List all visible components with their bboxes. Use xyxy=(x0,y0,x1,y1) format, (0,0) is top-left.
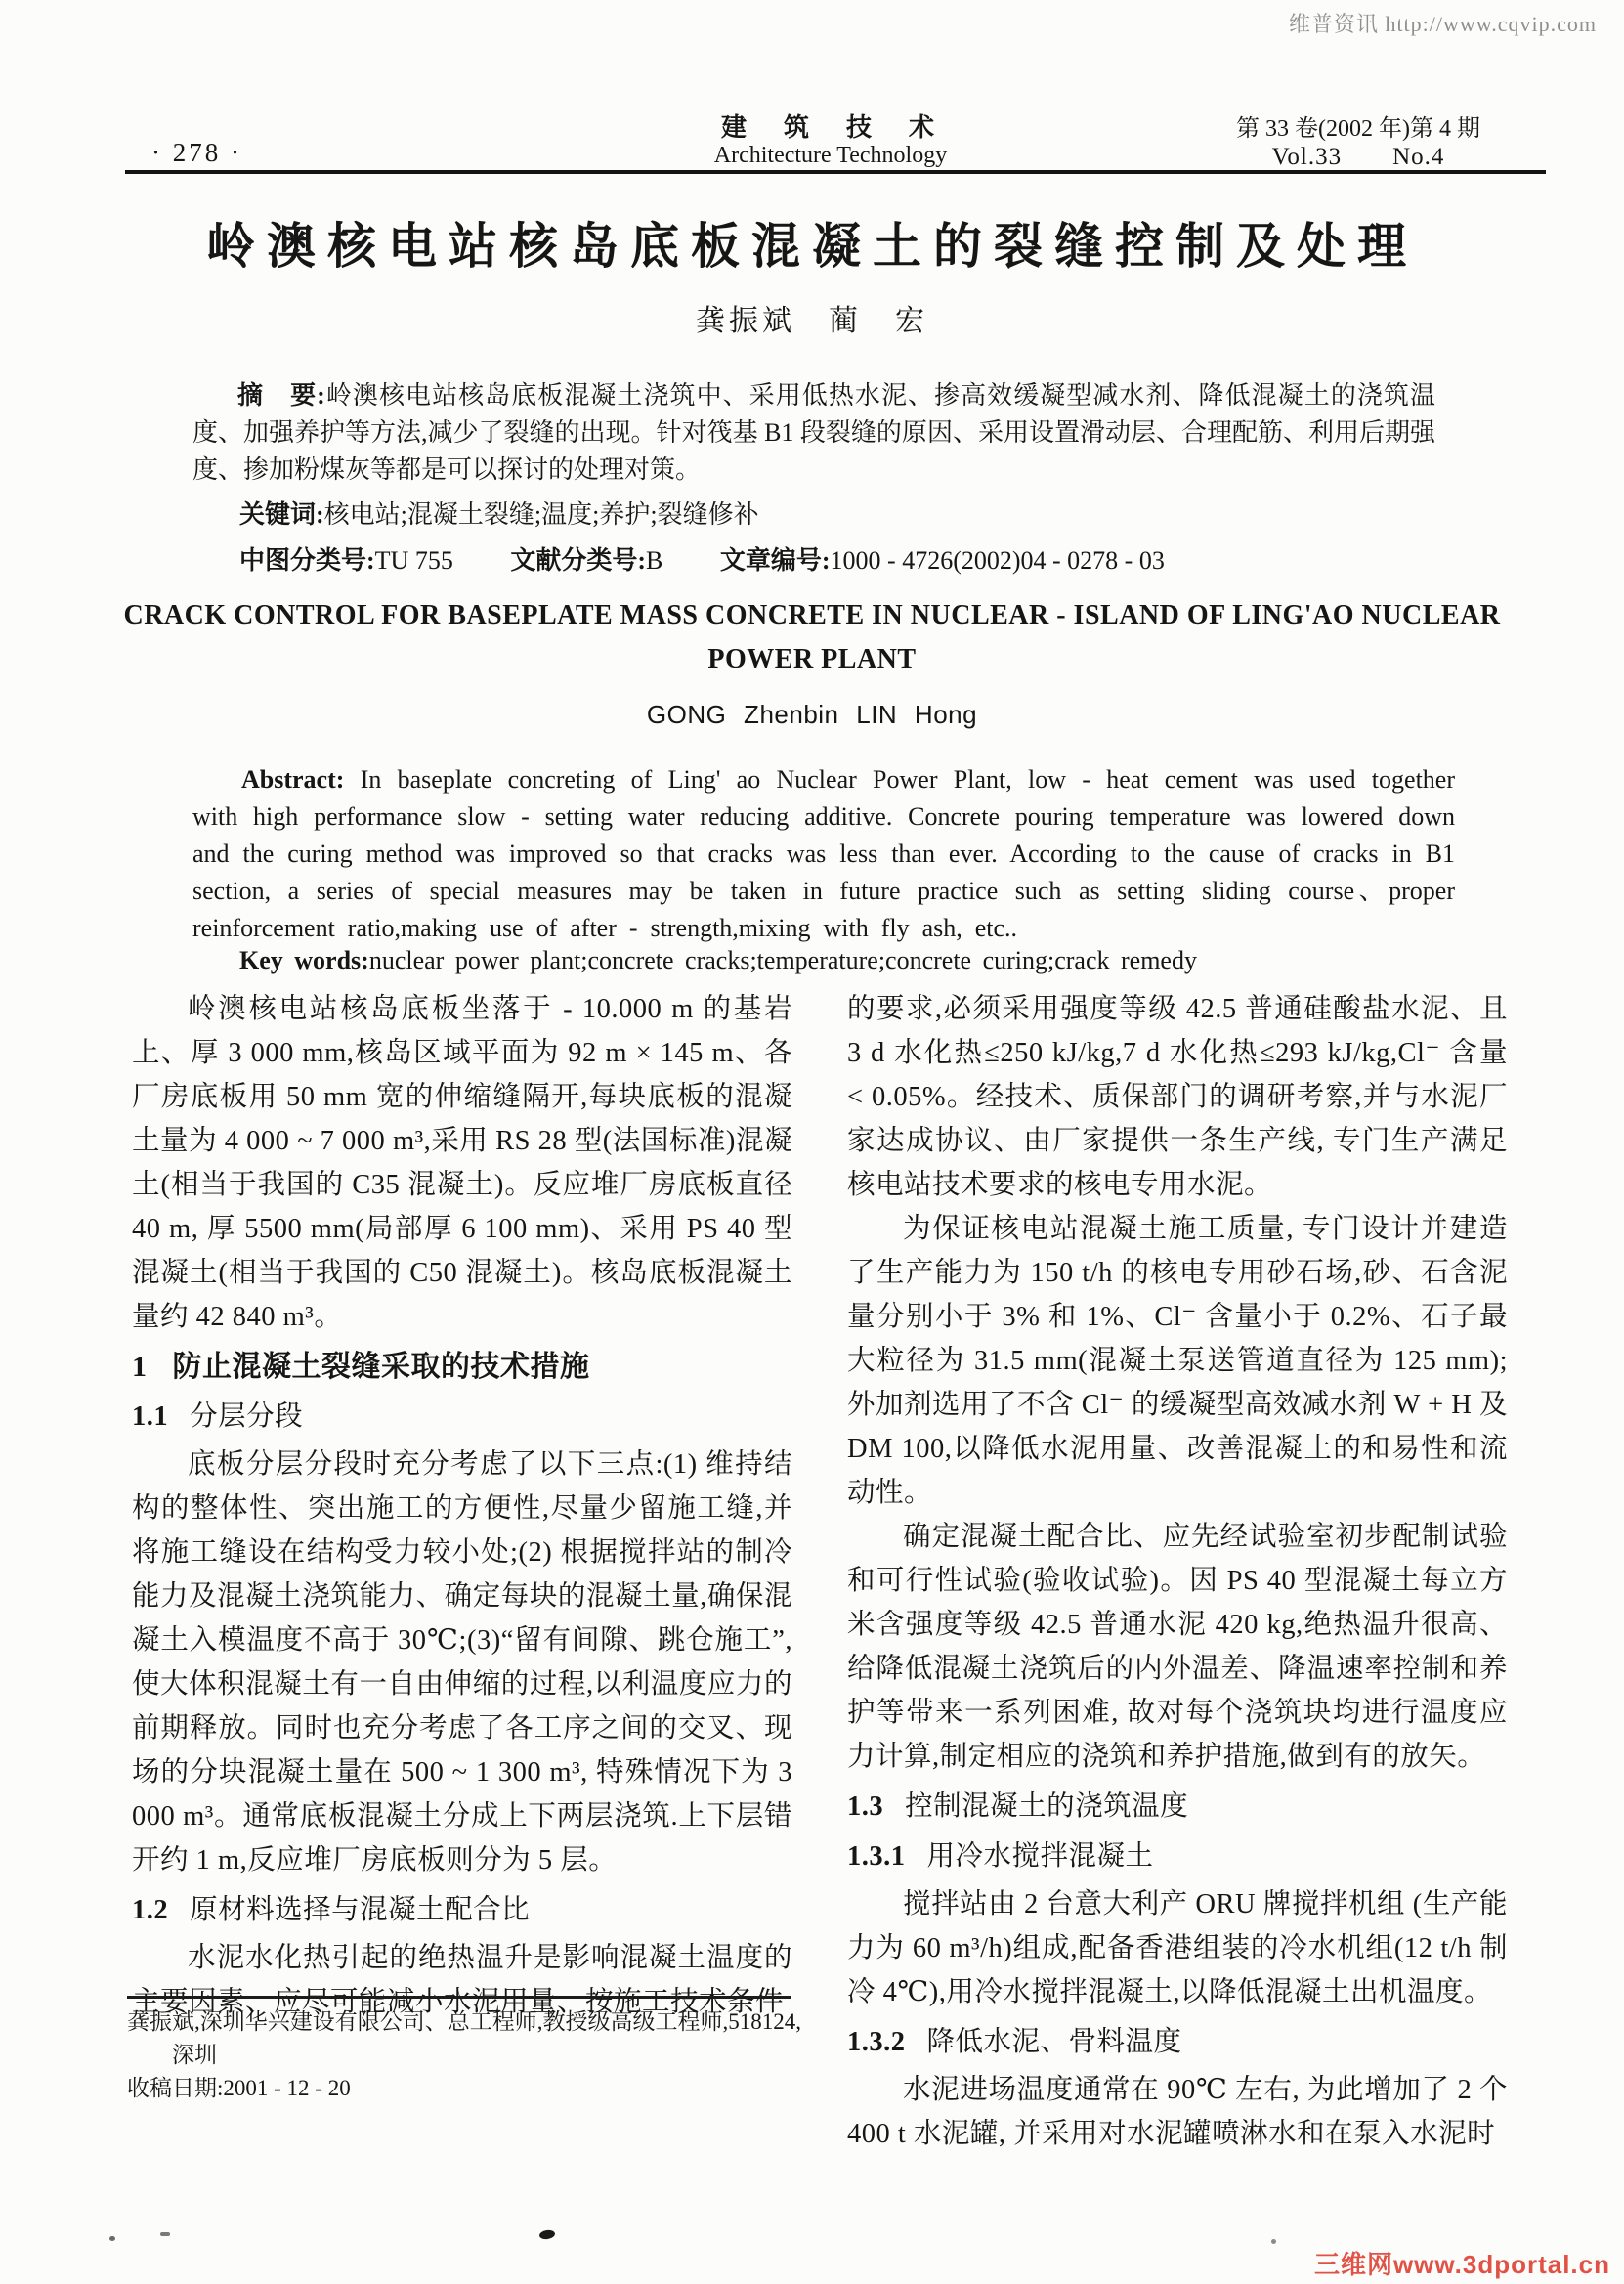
paragraph: 确定混凝土配合比、应先经试验室初步配制试验和可行性试验(验收试验)。因 PS 4… xyxy=(847,1515,1508,1779)
classification-line: 中图分类号:TU 755 文献分类号:B 文章编号:1000 - 4726(20… xyxy=(239,540,1216,577)
section-title: 分层分段 xyxy=(190,1401,303,1432)
abstract-cn: 摘 要:岭澳核电站核岛底板混凝土浇筑中、采用低热水泥、掺高效缓凝型减水剂、降低混… xyxy=(192,377,1435,489)
paragraph: 搅拌站由 2 台意大利产 ORU 牌搅拌机组 (生产能力为 60 m³/h)组成… xyxy=(847,1882,1508,2014)
section-heading-1-3-1: 1.3.1用冷水搅拌混凝土 xyxy=(847,1834,1508,1878)
abstract-en: Abstract: In baseplate concreting of Lin… xyxy=(192,761,1455,947)
section-number: 1 xyxy=(132,1351,148,1383)
abstract-label-en: Abstract: xyxy=(241,765,344,794)
paragraph: 底板分层分段时充分考虑了以下三点:(1) 维持结构的整体性、突出施工的方便性,尽… xyxy=(132,1443,792,1882)
paragraph: 岭澳核电站核岛底板坐落于 - 10.000 m 的基岩上、厚 3 000 mm,… xyxy=(132,987,792,1339)
article-title-en-line2: POWER PLANT xyxy=(0,637,1624,681)
article-title-en: CRACK CONTROL FOR BASEPLATE MASS CONCRET… xyxy=(0,593,1624,681)
bottom-watermark: 三维网www.3dportal.cn xyxy=(1314,2245,1610,2281)
article-title-cn: 岭澳核电站核岛底板混凝土的裂缝控制及处理 xyxy=(0,207,1624,278)
section-heading-1-1: 1.1分层分段 xyxy=(132,1395,792,1439)
paragraph: 的要求,必须采用强度等级 42.5 普通硅酸盐水泥、且 3 d 水化热≤250 … xyxy=(847,987,1508,1207)
section-number: 1.2 xyxy=(132,1895,168,1925)
keywords-text-en: nuclear power plant;concrete cracks;temp… xyxy=(369,946,1197,974)
issue-info-en: Vol.33 No.4 xyxy=(1177,144,1539,170)
section-title: 原材料选择与混凝土配合比 xyxy=(190,1895,530,1925)
section-title: 控制混凝土的浇筑温度 xyxy=(905,1791,1188,1822)
section-heading-1-3-2: 1.3.2降低水泥、骨料温度 xyxy=(847,2020,1508,2064)
footnote-line: 龚振斌,深圳华兴建设有限公司、总工程师,教授级高级工程师,518124, xyxy=(127,2005,811,2039)
keywords-label-en: Key words: xyxy=(239,946,369,974)
article-title-en-line1: CRACK CONTROL FOR BASEPLATE MASS CONCRET… xyxy=(0,593,1624,637)
journal-title-en: Architecture Technology xyxy=(625,143,1036,169)
scan-artifact xyxy=(109,2236,115,2241)
keywords-line-en: Key words:nuclear power plant;concrete c… xyxy=(239,946,1197,975)
paragraph: 水泥进场温度通常在 90℃ 左右, 为此增加了 2 个 400 t 水泥罐, 并… xyxy=(847,2068,1508,2156)
issue-info-cn: 第 33 卷(2002 年)第 4 期 xyxy=(1177,115,1539,144)
doc-code-value: B xyxy=(646,546,662,575)
section-number: 1.1 xyxy=(132,1401,168,1432)
footnote-line: 深圳 xyxy=(127,2039,811,2072)
scan-artifact xyxy=(160,2232,170,2236)
article-id-label: 文章编号: xyxy=(720,546,831,575)
article-id-pair: 文章编号:1000 - 4726(2002)04 - 0278 - 03 xyxy=(720,546,1165,575)
body-column-left: 岭澳核电站核岛底板坐落于 - 10.000 m 的基岩上、厚 3 000 mm,… xyxy=(132,987,792,2024)
issue-block: 第 33 卷(2002 年)第 4 期 Vol.33 No.4 xyxy=(1177,115,1539,170)
scan-artifact-dot xyxy=(538,2229,555,2240)
authors-en: GONG Zhenbin LIN Hong xyxy=(0,700,1624,730)
scanned-paper-page: 维普资讯 http://www.cqvip.com 三维网www.3dporta… xyxy=(0,0,1624,2284)
section-heading-1: 1防止混凝土裂缝采取的技术措施 xyxy=(132,1345,792,1389)
section-heading-1-3: 1.3控制混凝土的浇筑温度 xyxy=(847,1785,1508,1829)
keywords-label-cn: 关键词: xyxy=(239,500,324,529)
section-title: 防止混凝土裂缝采取的技术措施 xyxy=(173,1351,590,1383)
clc-value: TU 755 xyxy=(375,546,453,575)
journal-title-cn: 建 筑 技 术 xyxy=(625,113,1036,143)
authors-cn: 龚振斌 蔺 宏 xyxy=(0,296,1624,339)
section-number: 1.3.2 xyxy=(847,2027,906,2057)
author-footnote: 龚振斌,深圳华兴建设有限公司、总工程师,教授级高级工程师,518124, 深圳 … xyxy=(127,2005,811,2105)
section-heading-1-2: 1.2原材料选择与混凝土配合比 xyxy=(132,1888,792,1932)
footnote-rule xyxy=(127,1996,791,1999)
section-number: 1.3.1 xyxy=(847,1841,906,1872)
section-number: 1.3 xyxy=(847,1791,883,1822)
section-title: 用冷水搅拌混凝土 xyxy=(927,1841,1154,1872)
section-title: 降低水泥、骨料温度 xyxy=(927,2027,1182,2057)
doc-code-label: 文献分类号: xyxy=(510,546,646,575)
keywords-text-cn: 核电站;混凝土裂缝;温度;养护;裂缝修补 xyxy=(324,500,759,529)
clc-label: 中图分类号: xyxy=(239,546,375,575)
body-column-right: 的要求,必须采用强度等级 42.5 普通硅酸盐水泥、且 3 d 水化热≤250 … xyxy=(847,987,1508,2156)
scan-artifact xyxy=(1271,2239,1276,2244)
journal-title-block: 建 筑 技 术 Architecture Technology xyxy=(625,113,1036,169)
doc-code-pair: 文献分类号:B xyxy=(510,546,662,575)
paragraph: 为保证核电站混凝土施工质量, 专门设计并建造了生产能力为 150 t/h 的核电… xyxy=(847,1207,1508,1515)
clc-pair: 中图分类号:TU 755 xyxy=(239,546,453,575)
abstract-text-cn: 岭澳核电站核岛底板混凝土浇筑中、采用低热水泥、掺高效缓凝型减水剂、降低混凝土的浇… xyxy=(192,381,1435,484)
top-watermark: 维普资讯 http://www.cqvip.com xyxy=(1289,8,1597,38)
article-id-value: 1000 - 4726(2002)04 - 0278 - 03 xyxy=(831,546,1165,575)
abstract-text-en: In baseplate concreting of Ling' ao Nucl… xyxy=(192,765,1455,942)
footnote-line: 收稿日期:2001 - 12 - 20 xyxy=(127,2072,811,2105)
abstract-label-cn: 摘 要: xyxy=(237,381,325,409)
keywords-line-cn: 关键词:核电站;混凝土裂缝;温度;养护;裂缝修补 xyxy=(239,495,759,531)
page-number: · 278 · xyxy=(151,138,242,168)
header-rule xyxy=(125,170,1546,174)
